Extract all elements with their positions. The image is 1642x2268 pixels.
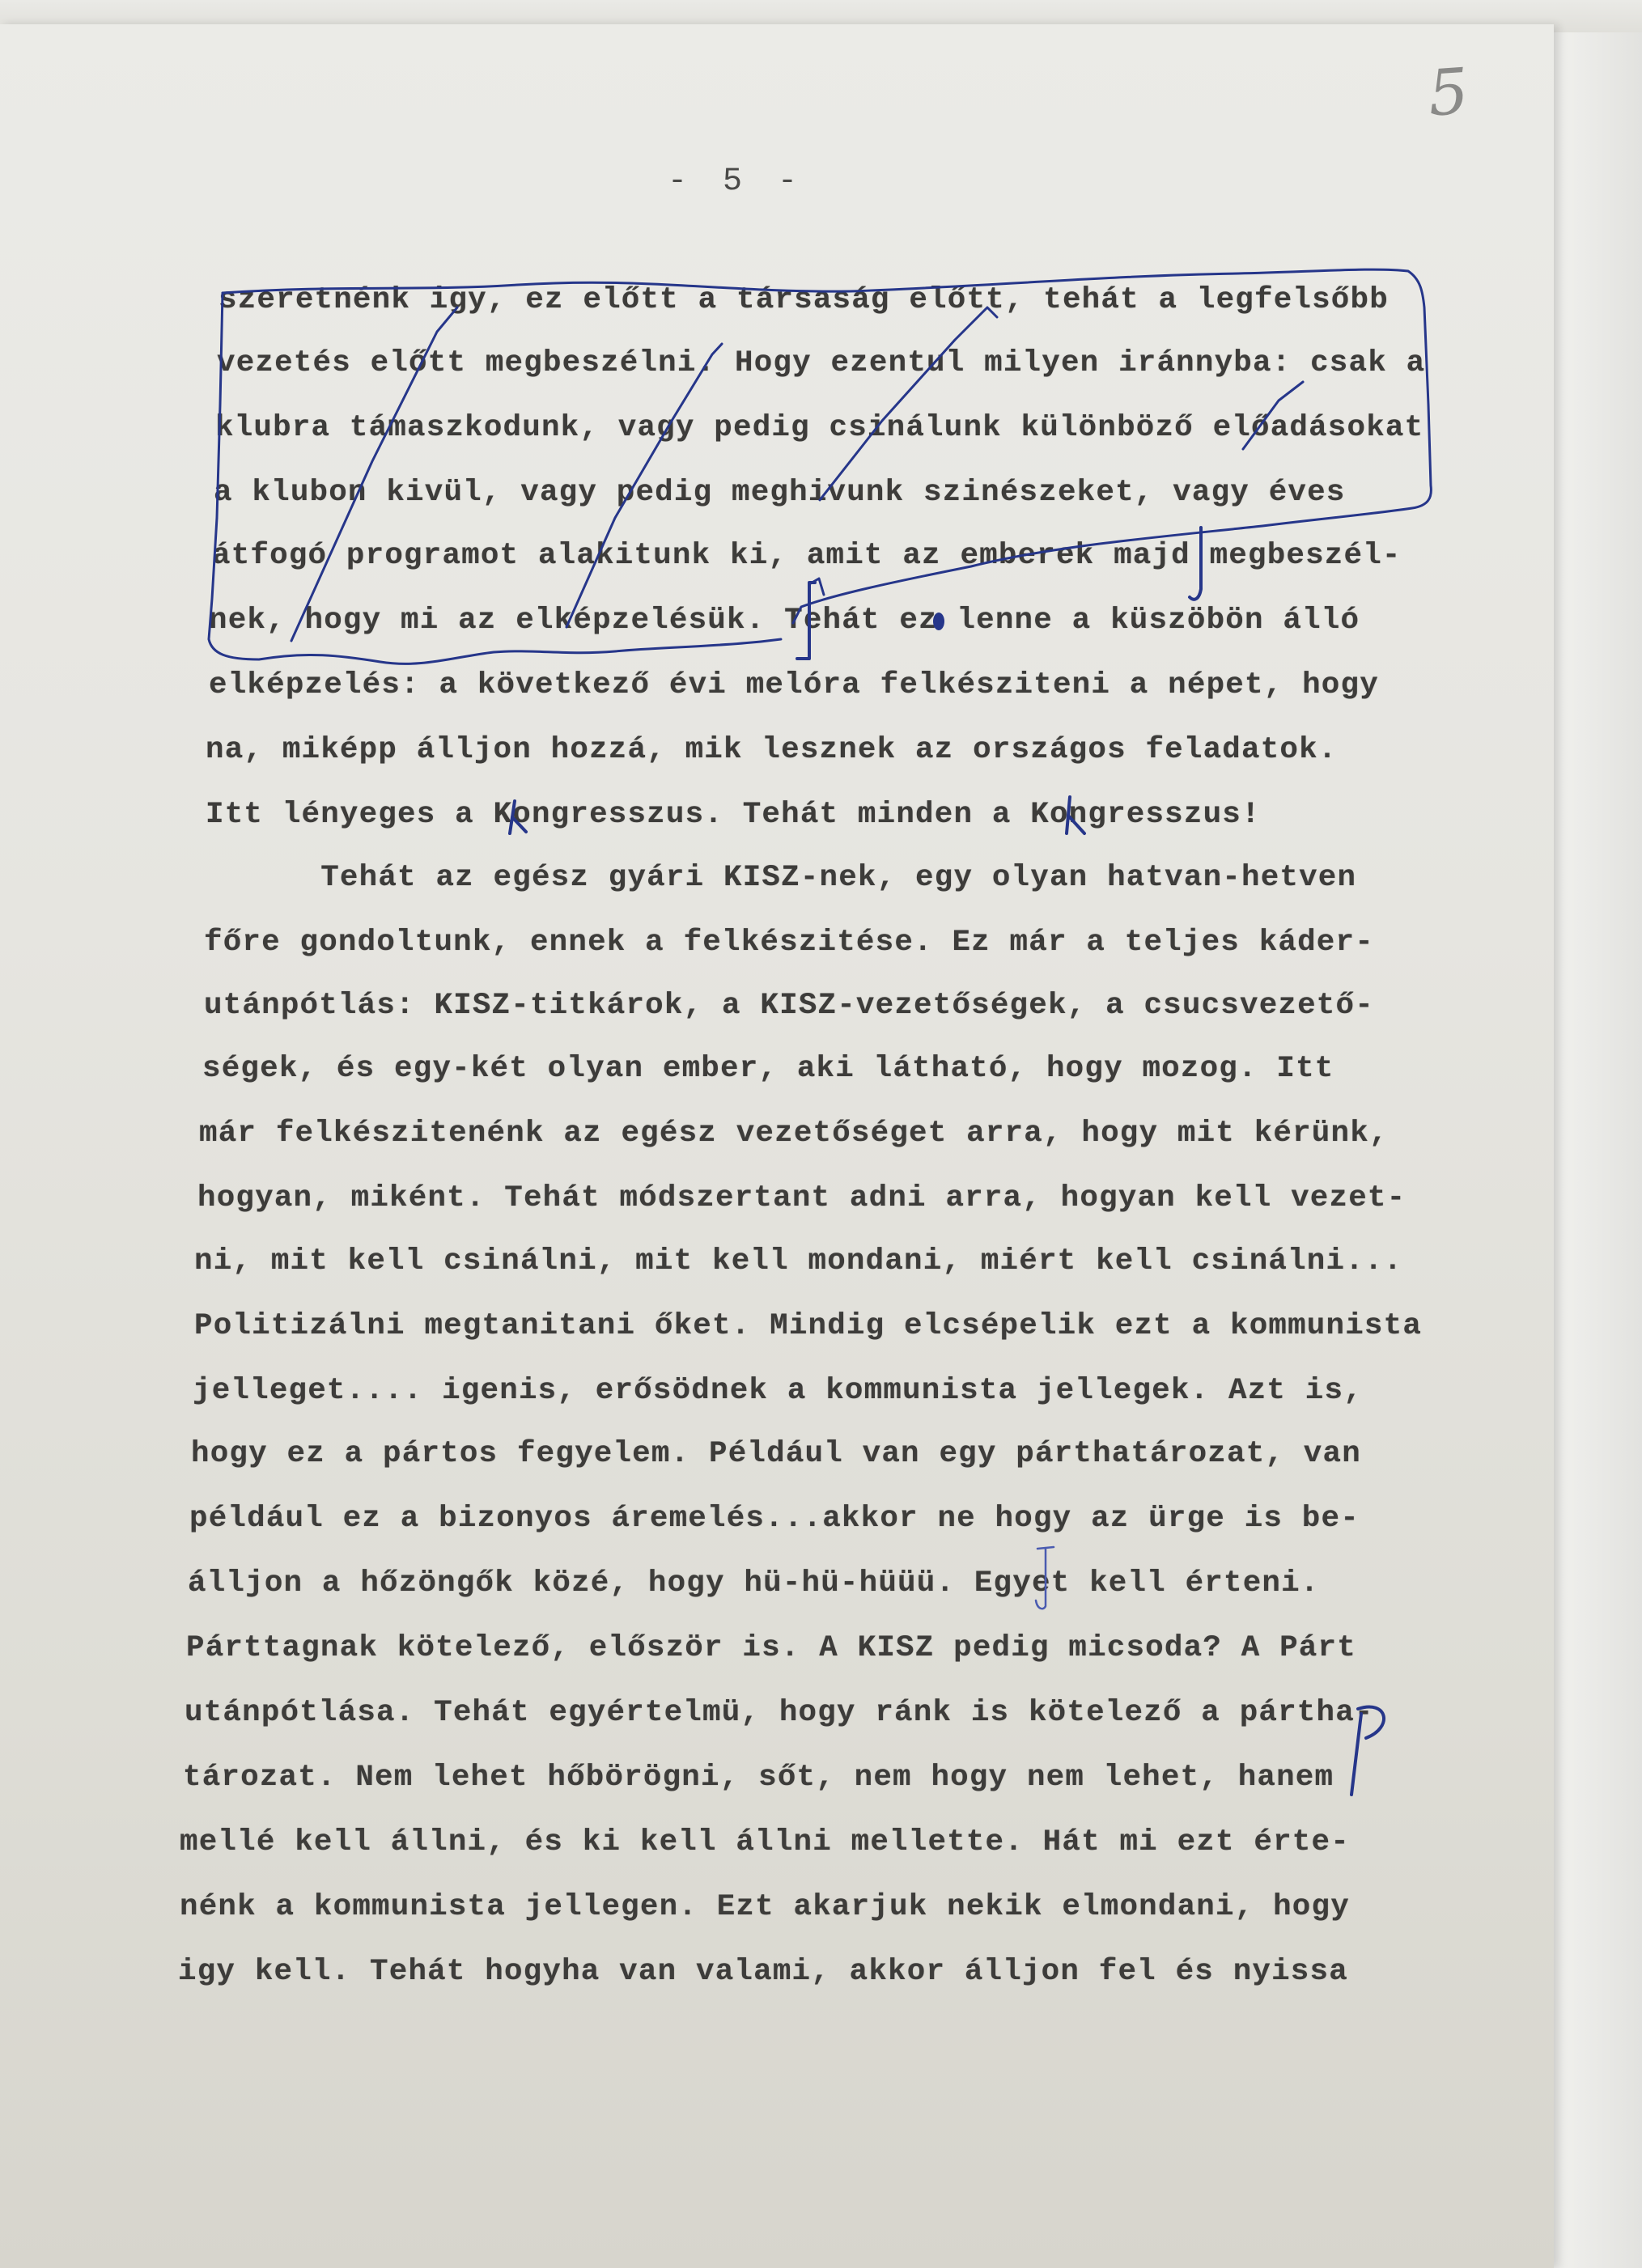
text-line: tározat. Nem lehet hőbörögni, sőt, nem h… xyxy=(183,1761,1334,1795)
text-line: a klubon kivül, vagy pedig meghivunk szi… xyxy=(214,476,1346,510)
text-line: nek, hogy mi az elképzelésük. Tehát ez l… xyxy=(209,604,1360,638)
text-line: mellé kell állni, és ki kell állni melle… xyxy=(180,1825,1350,1859)
text-line: jelleget.... igenis, erősödnek a kommuni… xyxy=(193,1374,1363,1408)
text-line: ni, mit kell csinálni, mit kell mondani,… xyxy=(194,1244,1402,1278)
text-line: Politizálni megtanitani őket. Mindig elc… xyxy=(194,1309,1422,1343)
typewritten-page: 5 - 5 - szeretnénk igy, ez előtt a társa… xyxy=(0,24,1554,2268)
text-line: álljon a hőzöngők közé, hogy hü-hü-hüüü.… xyxy=(188,1566,1320,1600)
text-line: klubra támaszkodunk, vagy pedig csinálun… xyxy=(215,411,1423,445)
text-line: igy kell. Tehát hogyha van valami, akkor… xyxy=(178,1955,1348,1989)
text-line: utánpótlása. Tehát egyértelmü, hogy ránk… xyxy=(185,1696,1374,1730)
text-line: nénk a kommunista jellegen. Ezt akarjuk … xyxy=(180,1890,1350,1924)
text-line: főre gondoltunk, ennek a felkészitése. E… xyxy=(204,926,1374,960)
text-line: átfogó programot alakitunk ki, amit az e… xyxy=(212,539,1402,573)
text-line: Itt lényeges a Kongresszus. Tehát minden… xyxy=(206,798,1261,832)
text-line: hogy ez a pártos fegyelem. Például van e… xyxy=(191,1437,1361,1471)
text-line: Tehát az egész gyári KISZ-nek, egy olyan… xyxy=(206,861,1356,895)
text-line: vezetés előtt megbeszélni. Hogy ezentul … xyxy=(217,346,1425,380)
text-line: hogyan, miként. Tehát módszertant adni a… xyxy=(197,1181,1406,1215)
text-line: Párttagnak kötelező, először is. A KISZ … xyxy=(186,1631,1356,1665)
text-line: szeretnénk igy, ez előtt a társaság előt… xyxy=(219,283,1389,317)
text-line: na, miképp álljon hozzá, mik lesznek az … xyxy=(206,733,1338,767)
text-line: elképzelés: a következő évi melóra felké… xyxy=(209,668,1379,702)
body-text: szeretnénk igy, ez előtt a társaság előt… xyxy=(0,24,1554,2268)
text-line: utánpótlás: KISZ-titkárok, a KISZ-vezető… xyxy=(204,989,1374,1023)
text-line: ségek, és egy-két olyan ember, aki látha… xyxy=(202,1052,1334,1086)
text-line: például ez a bizonyos áremelés...akkor n… xyxy=(189,1502,1360,1536)
text-line: már felkészitenénk az egész vezetőséget … xyxy=(199,1117,1389,1151)
